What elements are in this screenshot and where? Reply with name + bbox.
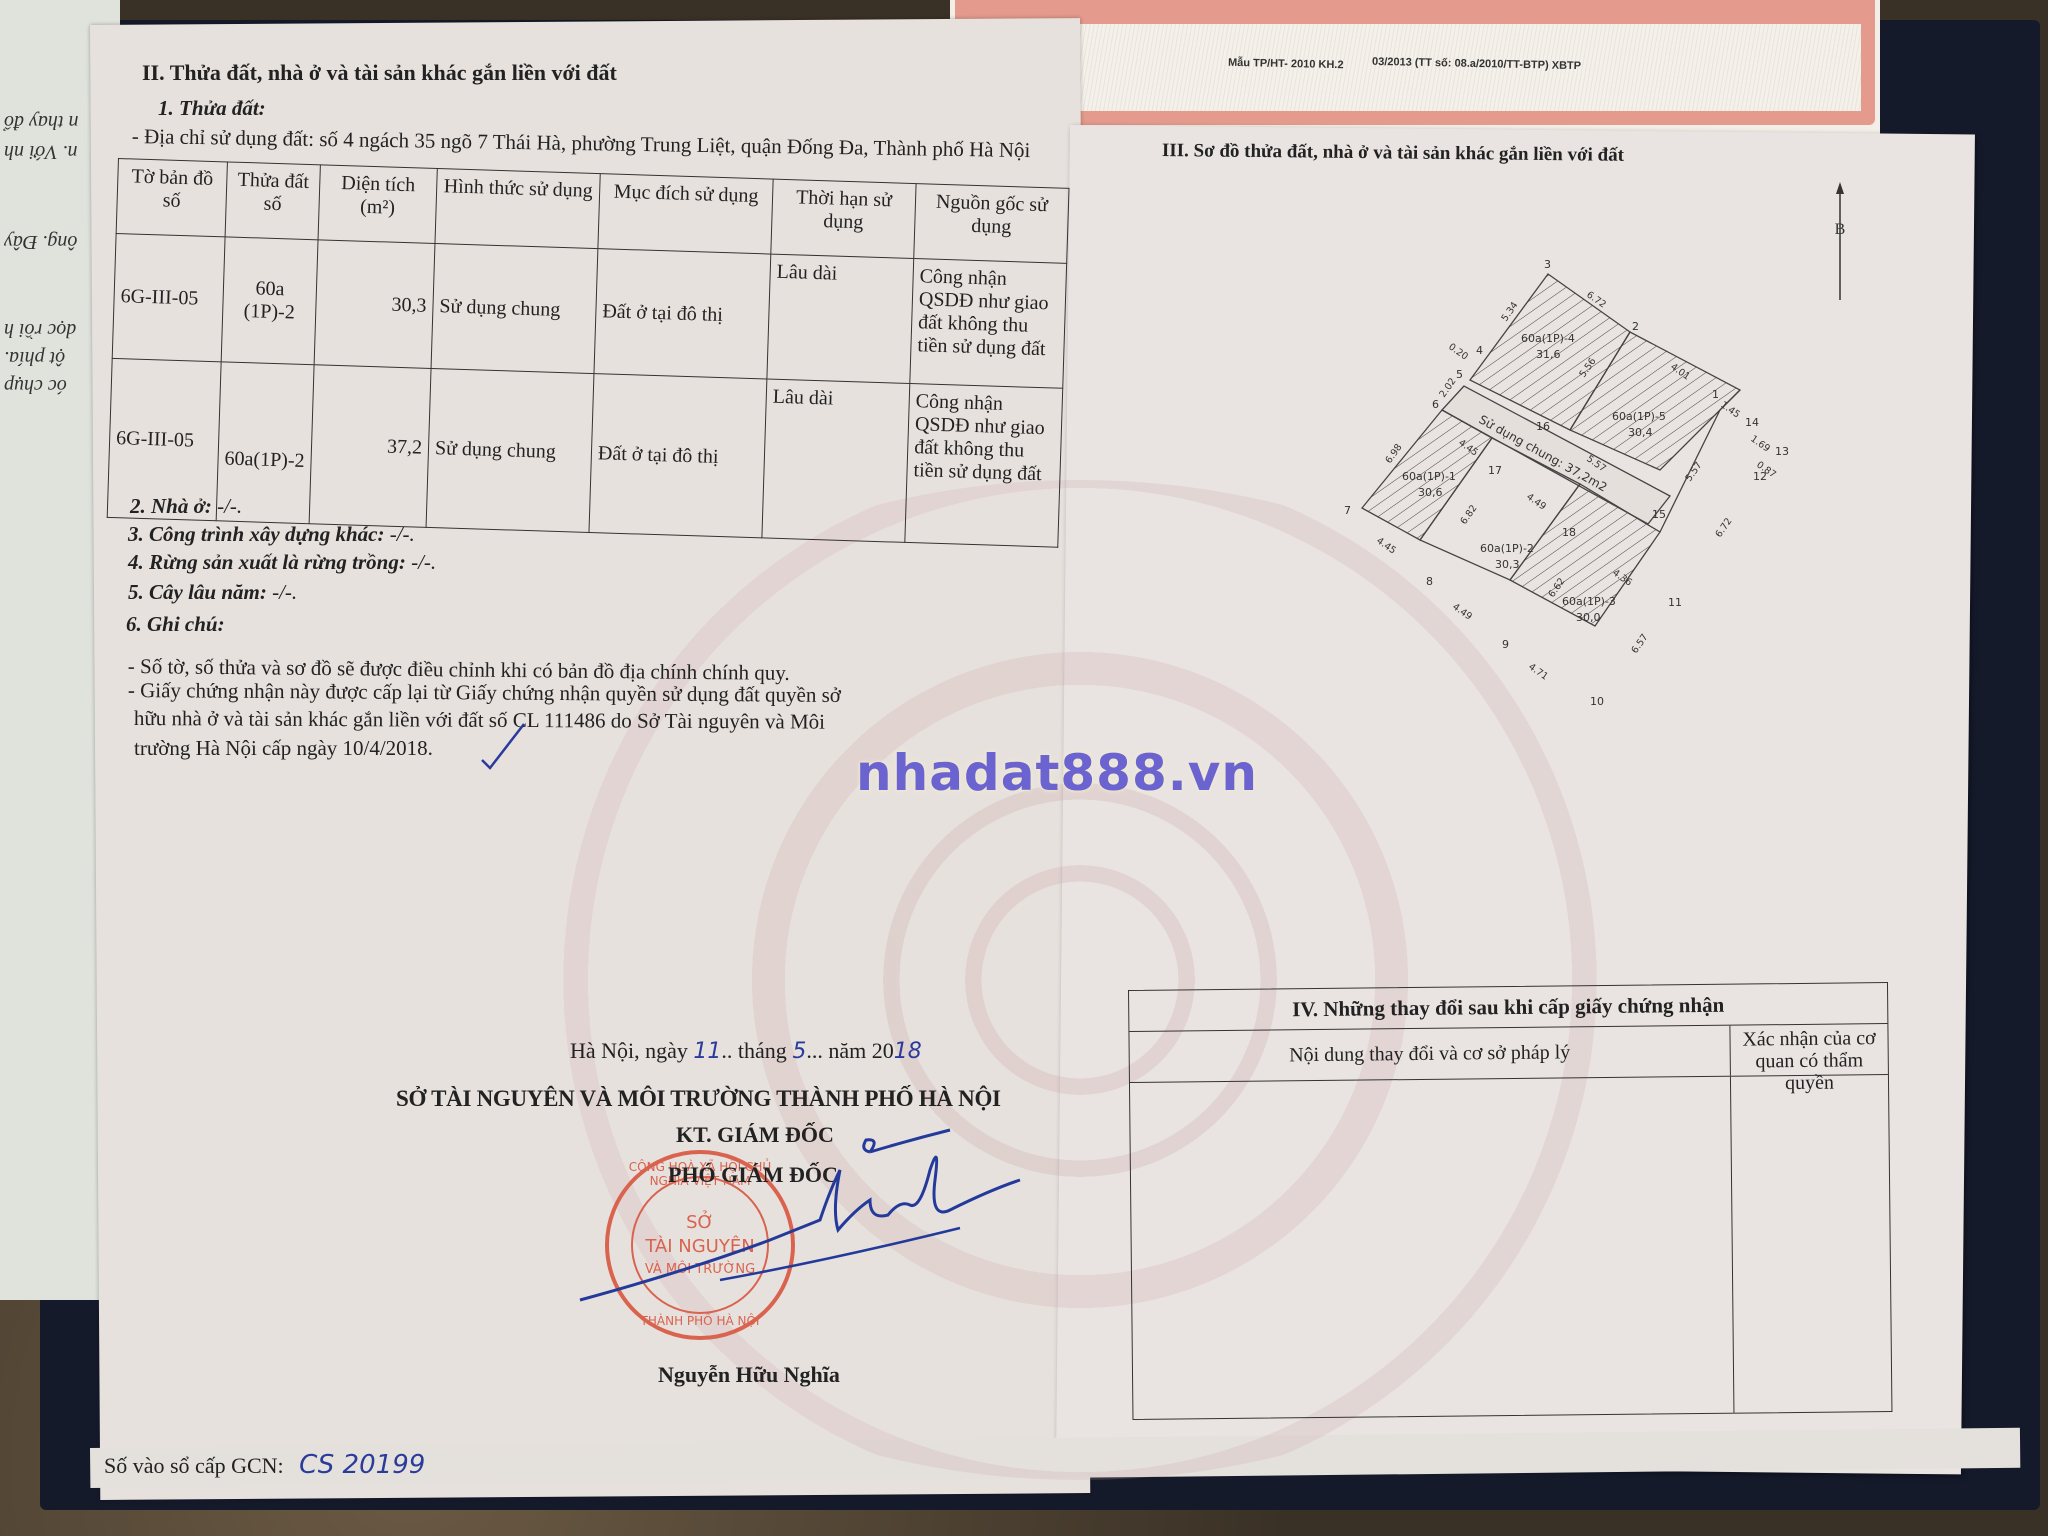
item-label: 2. Nhà ở:: [130, 494, 212, 518]
svg-text:5: 5: [1456, 368, 1463, 381]
svg-text:4.49: 4.49: [1524, 491, 1548, 512]
cell-purpose: Đất ở tại đô thị: [594, 249, 771, 379]
cell-term: Lâu dài: [762, 379, 910, 542]
item-value: -/-.: [217, 494, 242, 518]
col-change-content: Nội dung thay đổi và cơ sở pháp lý: [1129, 1026, 1730, 1082]
svg-text:30,6: 30,6: [1418, 486, 1443, 499]
underlying-text: ột phía.: [4, 346, 65, 369]
svg-text:60a(1P)-4: 60a(1P)-4: [1521, 332, 1575, 345]
svg-text:16: 16: [1536, 420, 1550, 433]
col-form: Hình thức sử dụng: [435, 169, 600, 249]
note-line: trường Hà Nội cấp ngày 10/4/2018.: [134, 736, 433, 761]
item-value: -/-.: [390, 522, 415, 546]
date-year: 18: [894, 1039, 922, 1064]
svg-text:0.20: 0.20: [1446, 341, 1470, 362]
item-house: 2. Nhà ở: -/-.: [130, 494, 242, 519]
issuing-organization: SỞ TÀI NGUYÊN VÀ MÔI TRƯỜNG THÀNH PHỐ HÀ…: [396, 1086, 1001, 1112]
year-label: năm 20: [828, 1038, 893, 1063]
svg-text:11: 11: [1668, 596, 1682, 609]
item-other-construction: 3. Công trình xây dựng khác: -/-.: [128, 522, 415, 547]
section-title-land: II. Thửa đất, nhà ở và tài sản khác gắn …: [142, 60, 617, 86]
cell-map-sheet: 6G-III-05: [112, 233, 225, 361]
site-watermark: nhadat888.vn: [856, 744, 1258, 802]
change-content-cell: [1130, 1077, 1734, 1419]
cell-origin: Công nhận QSDĐ như giao đất không thu ti…: [910, 259, 1067, 389]
svg-text:15: 15: [1652, 508, 1666, 521]
cell-form: Sử dụng chung: [431, 243, 598, 373]
col-origin: Nguồn gốc sử dụng: [914, 184, 1069, 264]
signing-date: Hà Nội, ngày 11.. tháng 5... năm 2018: [570, 1038, 922, 1064]
north-arrow-icon: B: [1830, 182, 1850, 302]
svg-text:8: 8: [1426, 575, 1433, 588]
cell-area: 37,2: [309, 365, 431, 528]
address-label: - Địa chỉ sử dụng đất:: [132, 124, 315, 151]
registry-label: Số vào sổ cấp GCN:: [104, 1453, 284, 1478]
certificate-form-code: Mẫu TP/HT- 2010 KH.2: [1228, 57, 1344, 71]
item-notes: 6. Ghi chú:: [126, 612, 225, 637]
table-row: 6G-III-05 60a(1P)-2 37,2 Sử dụng chung Đ…: [107, 358, 1063, 547]
svg-text:6.72: 6.72: [1713, 516, 1734, 540]
svg-text:60a(1P)-1: 60a(1P)-1: [1402, 470, 1456, 483]
cell-area: 30,3: [314, 240, 435, 369]
svg-text:30,0: 30,0: [1576, 611, 1601, 624]
item-label: 6. Ghi chú:: [126, 612, 225, 636]
item-label: 5. Cây lâu năm:: [128, 580, 267, 604]
svg-text:31,6: 31,6: [1536, 348, 1561, 361]
svg-text:60a(1P)-5: 60a(1P)-5: [1612, 410, 1666, 423]
cell-purpose: Đất ở tại đô thị: [589, 374, 767, 538]
svg-text:3: 3: [1544, 258, 1551, 271]
svg-text:4: 4: [1476, 344, 1483, 357]
svg-text:9: 9: [1502, 638, 1509, 651]
underlying-text: n. Với nh: [4, 140, 77, 163]
underlying-text: n thay đổ: [4, 110, 78, 133]
item-perennial-trees: 5. Cây lâu năm: -/-.: [128, 580, 297, 605]
svg-text:1: 1: [1712, 388, 1719, 401]
cell-term: Lâu dài: [767, 254, 914, 383]
month-label: tháng: [738, 1038, 787, 1063]
svg-text:4.71: 4.71: [1526, 661, 1550, 682]
checkmark-icon: [478, 720, 528, 770]
item-value: -/-.: [411, 550, 436, 574]
col-plot: Thửa đất số: [225, 162, 320, 240]
col-map-sheet: Tờ bản đồ số: [116, 159, 227, 237]
svg-text:17: 17: [1488, 464, 1502, 477]
svg-text:10: 10: [1590, 695, 1604, 708]
date-month: 5: [792, 1039, 806, 1064]
date-day: 11: [693, 1039, 721, 1064]
subsection-land: 1. Thửa đất:: [158, 96, 266, 121]
col-purpose: Mục đích sử dụng: [598, 174, 773, 254]
svg-text:4.49: 4.49: [1450, 601, 1474, 622]
item-production-forest: 4. Rừng sản xuất là rừng trồng: -/-.: [128, 550, 436, 575]
svg-text:13: 13: [1775, 445, 1789, 458]
col-authority-confirmation: Xác nhận của cơ quan có thẩm quyền: [1730, 1024, 1888, 1076]
authority-confirmation-cell: [1731, 1075, 1892, 1413]
item-label: 3. Công trình xây dựng khác:: [128, 522, 384, 546]
registry-value: CS 20199: [299, 1450, 425, 1480]
changes-header-row: Nội dung thay đổi và cơ sở pháp lý Xác n…: [1129, 1024, 1887, 1083]
changes-body-row: [1130, 1075, 1891, 1419]
svg-text:14: 14: [1745, 416, 1759, 429]
svg-text:B: B: [1835, 221, 1846, 238]
svg-text:18: 18: [1562, 526, 1576, 539]
changes-table: IV. Những thay đổi sau khi cấp giấy chứn…: [1128, 982, 1892, 1420]
signer-name: Nguyễn Hữu Nghĩa: [658, 1362, 840, 1388]
svg-text:6: 6: [1432, 398, 1439, 411]
col-area: Diện tích (m²): [318, 165, 437, 244]
cell-plot: 60a (1P)-2: [221, 237, 318, 365]
svg-text:1.69: 1.69: [1748, 433, 1772, 454]
underlying-text: ông. Đây: [4, 230, 77, 253]
underlying-text: óc chụp: [4, 374, 67, 397]
svg-text:5.57: 5.57: [1683, 460, 1704, 484]
svg-text:6.82: 6.82: [1458, 503, 1479, 527]
svg-text:2: 2: [1632, 320, 1639, 333]
underlying-text: dọc rồi h: [4, 318, 76, 341]
svg-text:4.45: 4.45: [1374, 535, 1398, 556]
col-term: Thời hạn sử dụng: [771, 179, 916, 258]
svg-text:30,4: 30,4: [1628, 426, 1653, 439]
svg-text:60a(1P)-3: 60a(1P)-3: [1562, 595, 1616, 608]
land-table: Tờ bản đồ số Thửa đất số Diện tích (m²) …: [107, 158, 1070, 548]
cell-origin: Công nhận QSDĐ như giao đất không thu ti…: [905, 383, 1063, 547]
svg-text:60a(1P)-2: 60a(1P)-2: [1480, 542, 1534, 555]
svg-text:7: 7: [1344, 504, 1351, 517]
note-line: - Giấy chứng nhận này được cấp lại từ Gi…: [128, 678, 841, 708]
registry-number: Số vào sổ cấp GCN: CS 20199: [104, 1450, 425, 1480]
date-prefix: Hà Nội, ngày: [570, 1038, 688, 1063]
svg-text:30,3: 30,3: [1495, 558, 1520, 571]
cell-form: Sử dụng chung: [426, 368, 594, 532]
svg-text:1.45: 1.45: [1718, 399, 1742, 420]
item-value: -/-.: [272, 580, 297, 604]
handwritten-signature: [570, 1110, 1030, 1330]
plot-diagram: 60a(1P)-4 31,6 60a(1P)-5 30,4 60a(1P)-1 …: [1340, 250, 1800, 720]
svg-text:6.57: 6.57: [1629, 632, 1650, 656]
item-label: 4. Rừng sản xuất là rừng trồng:: [128, 550, 406, 574]
